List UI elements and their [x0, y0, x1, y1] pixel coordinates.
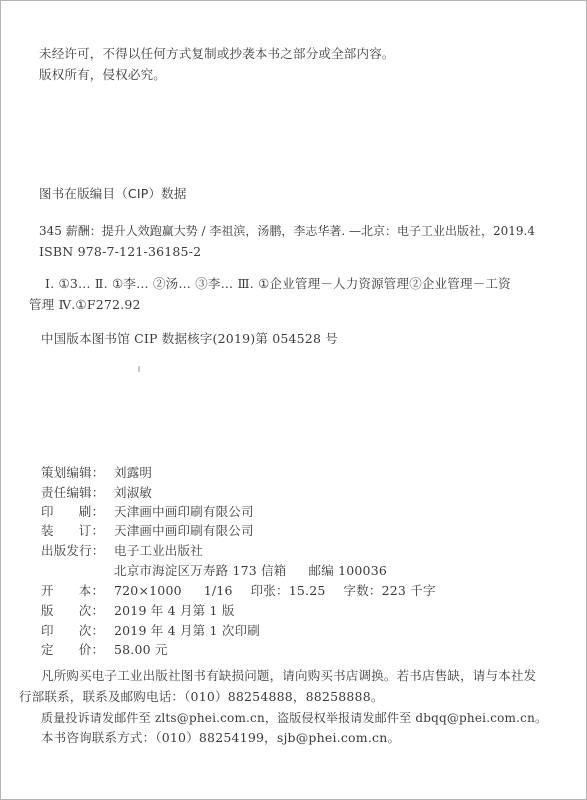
credit-edition: 版 次：2019 年 4 月第 1 版 — [41, 603, 235, 619]
cip-classification-line2: 管理 Ⅳ.①F272.92 — [29, 297, 141, 313]
credit-binding: 装 订：天津画中画印刷有限公司 — [41, 523, 254, 539]
credit-publisher-address: 北京市海淀区万寿路 173 信箱邮编 100036 — [41, 563, 387, 579]
cip-classification-line1: Ⅰ. ①3… Ⅱ. ①李… ②汤… ③李… Ⅲ. ①企业管理－人力资源管理②企业… — [45, 276, 511, 292]
printed-sheets: 印张：15.25 — [251, 583, 326, 598]
format-size: 720×1000 — [114, 583, 182, 598]
scan-artifact-mark — [138, 366, 140, 372]
credit-label: 印 次： — [41, 623, 114, 639]
credit-value: 刘淑敏 — [114, 485, 152, 500]
credit-value: 电子工业出版社 — [114, 543, 203, 558]
credit-impression: 印 次：2019 年 4 月第 1 次印刷 — [41, 623, 260, 639]
cip-isbn: ISBN 978-7-121-36185-2 — [39, 244, 201, 260]
credit-planning-editor: 策划编辑：刘露明 — [41, 465, 152, 481]
word-count: 字数：223 千字 — [344, 583, 436, 598]
copyright-reserved: 版权所有，侵权必究。 — [39, 67, 166, 83]
credit-value: 天津画中画印刷有限公司 — [114, 504, 254, 519]
credit-label: 装 订： — [41, 523, 114, 539]
notice-complaint: 质量投诉请发邮件至 zlts@phei.com.cn，盗版侵权举报请发邮件至 d… — [41, 710, 547, 726]
cip-heading: 图书在版编目（CIP）数据 — [39, 186, 187, 202]
credit-value: 天津画中画印刷有限公司 — [114, 523, 254, 538]
credit-value: 刘露明 — [114, 465, 152, 480]
credit-label: 定 价： — [41, 642, 114, 658]
format-fraction: 1/16 — [204, 583, 233, 598]
cip-number: 中国版本图书馆 CIP 数据核字(2019)第 054528 号 — [41, 331, 338, 347]
credit-label: 出版发行： — [41, 543, 114, 559]
publisher-address: 北京市海淀区万寿路 173 信箱 — [114, 563, 287, 578]
credit-format: 开 本：720×10001/16印张：15.25字数：223 千字 — [41, 583, 436, 599]
credit-printing: 印 刷：天津画中画印刷有限公司 — [41, 504, 254, 520]
credit-value: 58.00 元 — [114, 642, 168, 657]
copyright-warning: 未经许可，不得以任何方式复制或抄袭本书之部分或全部内容。 — [39, 46, 395, 62]
notice-contact: 本书咨询联系方式：（010）88254199，sjb@phei.com.cn。 — [41, 730, 400, 746]
credit-label: 策划编辑： — [41, 465, 114, 481]
credit-label: 责任编辑： — [41, 485, 114, 501]
credit-value: 2019 年 4 月第 1 版 — [114, 603, 235, 618]
postal-code: 邮编 100036 — [309, 563, 388, 578]
credit-publisher: 出版发行：电子工业出版社 — [41, 543, 203, 559]
credit-responsible-editor: 责任编辑：刘淑敏 — [41, 485, 152, 501]
credit-label: 印 刷： — [41, 504, 114, 520]
notice-defect-line1: 凡所购买电子工业出版社图书有缺损问题，请向购买书店调换。若书店售缺，请与本社发 — [41, 668, 536, 684]
cip-title-line: 345 薪酬：提升人效跑赢大势 / 李祖滨，汤鹏，李志华著. —北京：电子工业出… — [39, 223, 535, 239]
credit-label: 开 本： — [41, 583, 114, 599]
copyright-page: 未经许可，不得以任何方式复制或抄袭本书之部分或全部内容。 版权所有，侵权必究。 … — [0, 0, 587, 800]
credit-label: 版 次： — [41, 603, 114, 619]
credit-value: 2019 年 4 月第 1 次印刷 — [114, 623, 260, 638]
credit-price: 定 价：58.00 元 — [41, 642, 168, 658]
notice-defect-line2: 行部联系，联系及邮购电话：（010）88254888，88258888。 — [19, 689, 384, 705]
